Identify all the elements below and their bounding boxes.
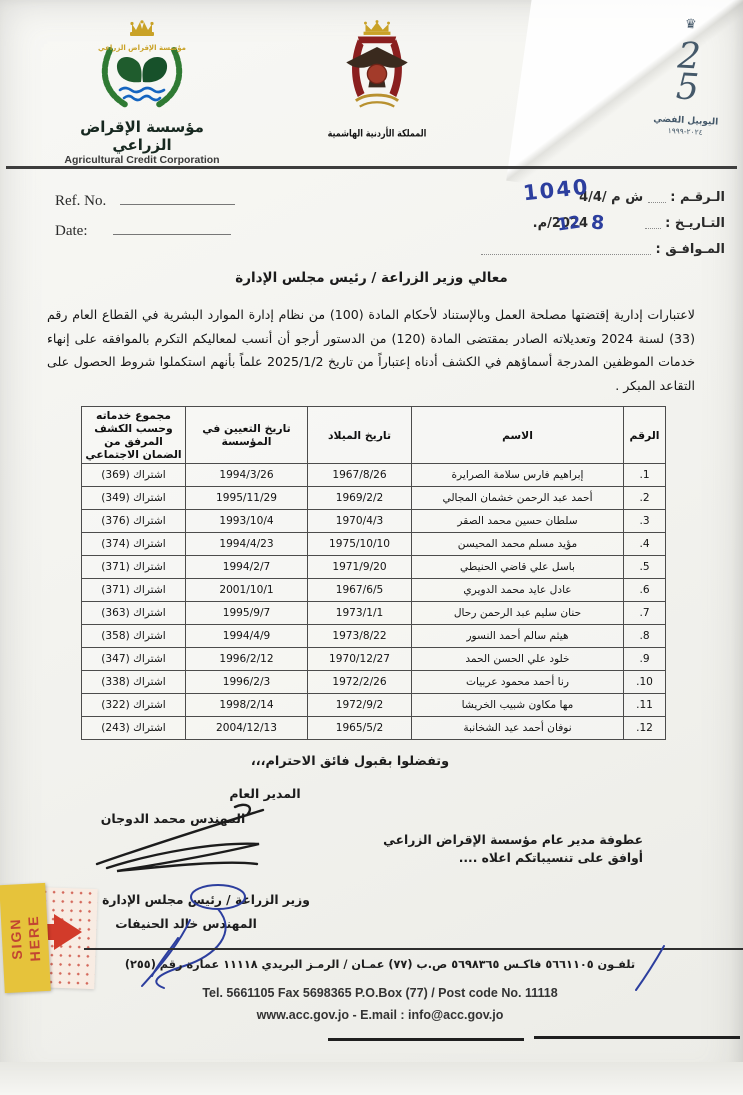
cell-name: سلطان حسين محمد الصقر bbox=[412, 510, 624, 533]
col-header-number: الرقم bbox=[624, 407, 666, 464]
jubilee-number: 25 bbox=[673, 29, 704, 104]
number-label-ar: الـرقـم : bbox=[670, 190, 725, 205]
cell-name: نوفان أحمد عيد الشخانبة bbox=[412, 717, 624, 740]
cell-no: 8. bbox=[624, 625, 666, 648]
cell-service: (369) اشتراك bbox=[82, 464, 186, 487]
table-row: 1.إبراهيم فارس سلامة الصرايرة1967/8/2619… bbox=[82, 464, 666, 487]
cell-service: (243) اشتراك bbox=[82, 717, 186, 740]
date-row: Date: bbox=[55, 222, 235, 240]
table-row: 8.هيثم سالم أحمد النسور1973/8/221994/4/9… bbox=[82, 625, 666, 648]
header-row: الرقم الاسم تاريخ الميلاد تاريخ التعيين … bbox=[82, 407, 666, 464]
table-row: 5.باسل علي قاضي الحنيطي1971/9/201994/2/7… bbox=[82, 556, 666, 579]
cell-no: 5. bbox=[624, 556, 666, 579]
date-row-ar: التـاريـخ : 8 12 2024/م. bbox=[395, 216, 725, 242]
approval-line-2: أوافق على تنسيباتكم اعلاه .... bbox=[383, 849, 643, 867]
cell-no: 7. bbox=[624, 602, 666, 625]
cell-name: إبراهيم فارس سلامة الصرايرة bbox=[412, 464, 624, 487]
cell-appointment: 1998/2/14 bbox=[186, 694, 308, 717]
table-row: 2.أحمد عبد الرحمن خشمان المجالي1969/2/21… bbox=[82, 487, 666, 510]
cell-name: حنان سليم عبد الرحمن رحال bbox=[412, 602, 624, 625]
acc-name-arabic: مؤسسة الإقراض الزراعي bbox=[52, 118, 232, 154]
date-leader bbox=[645, 218, 661, 229]
ref-block-english: Ref. No. Date: bbox=[55, 192, 235, 252]
cell-birth: 1972/2/26 bbox=[308, 671, 412, 694]
corresponding-label: المـوافـق : bbox=[655, 242, 725, 257]
cell-service: (376) اشتراك bbox=[82, 510, 186, 533]
cell-no: 10. bbox=[624, 671, 666, 694]
salutation: معالي وزير الزراعة / رئيس مجلس الإدارة bbox=[0, 270, 743, 286]
cell-appointment: 1995/9/7 bbox=[186, 602, 308, 625]
cell-service: (371) اشتراك bbox=[82, 579, 186, 602]
cell-no: 1. bbox=[624, 464, 666, 487]
ref-no-label: Ref. No. bbox=[55, 193, 106, 209]
gm-signature-icon bbox=[85, 800, 275, 882]
table-row: 12.نوفان أحمد عيد الشخانبة1965/5/22004/1… bbox=[82, 717, 666, 740]
cell-no: 11. bbox=[624, 694, 666, 717]
table-row: 3.سلطان حسين محمد الصقر1970/4/31993/10/4… bbox=[82, 510, 666, 533]
corresponding-leader bbox=[481, 244, 651, 255]
cell-name: خلود علي الحسن الحمد bbox=[412, 648, 624, 671]
cell-service: (338) اشتراك bbox=[82, 671, 186, 694]
cell-name: هيثم سالم أحمد النسور bbox=[412, 625, 624, 648]
footer-web-email: www.acc.gov.jo - E.mail : info@acc.gov.j… bbox=[60, 1008, 700, 1022]
cell-no: 3. bbox=[624, 510, 666, 533]
cell-service: (349) اشتراك bbox=[82, 487, 186, 510]
employees-table: الرقم الاسم تاريخ الميلاد تاريخ التعيين … bbox=[81, 406, 666, 740]
gm-title: المدير العام bbox=[210, 786, 320, 801]
cell-birth: 1973/8/22 bbox=[308, 625, 412, 648]
cell-appointment: 2004/12/13 bbox=[186, 717, 308, 740]
cell-name: أحمد عبد الرحمن خشمان المجالي bbox=[412, 487, 624, 510]
cell-appointment: 1994/4/9 bbox=[186, 625, 308, 648]
cell-name: باسل علي قاضي الحنيطي bbox=[412, 556, 624, 579]
cell-appointment: 1996/2/12 bbox=[186, 648, 308, 671]
date-day-handwritten: 8 bbox=[590, 212, 605, 235]
cell-name: رنا أحمد محمود عربيات bbox=[412, 671, 624, 694]
closing-line: وتفضلوا بقبول فائق الاحترام،،، bbox=[0, 754, 700, 769]
table-row: 4.مؤيد مسلم محمد المحيسن1975/10/101994/4… bbox=[82, 533, 666, 556]
cell-name: مؤيد مسلم محمد المحيسن bbox=[412, 533, 624, 556]
jordan-coat-of-arms: المملكة الأردنية الهاشمية bbox=[322, 20, 432, 138]
approval-line-1: عطوفة مدير عام مؤسسة الإقراض الزراعي bbox=[383, 831, 643, 849]
scanned-letter-page: مؤسسة الإقراض الزراعي مؤسسة الإقراض الزر… bbox=[0, 0, 743, 1095]
cell-appointment: 2001/10/1 bbox=[186, 579, 308, 602]
cell-birth: 1967/8/26 bbox=[308, 464, 412, 487]
cell-appointment: 1995/11/29 bbox=[186, 487, 308, 510]
date-era-printed: م. bbox=[533, 216, 547, 231]
table-row: 6.عادل عايد محمد الدويري1967/6/52001/10/… bbox=[82, 579, 666, 602]
cell-service: (374) اشتراك bbox=[82, 533, 186, 556]
number-row: الـرقـم : ش م /4/4 1040 bbox=[395, 190, 725, 216]
cell-name: عادل عايد محمد الدويري bbox=[412, 579, 624, 602]
ref-block-arabic: الـرقـم : ش م /4/4 1040 التـاريـخ : 8 12… bbox=[395, 190, 725, 268]
header-divider bbox=[6, 166, 737, 169]
ref-no-blank-line bbox=[120, 192, 235, 205]
col-header-appointment-date: تاريخ التعيين في المؤسسة bbox=[186, 407, 308, 464]
cell-appointment: 1996/2/3 bbox=[186, 671, 308, 694]
table-row: 11.مها مكاون شبيب الخريشا1972/9/21998/2/… bbox=[82, 694, 666, 717]
cell-birth: 1965/5/2 bbox=[308, 717, 412, 740]
scan-edge-band bbox=[0, 1062, 743, 1095]
table-row: 9.خلود علي الحسن الحمد1970/12/271996/2/1… bbox=[82, 648, 666, 671]
footer-contact-arabic: تلفـون ٥٦٦١١٠٥ فاكـس ٥٦٩٨٣٦٥ ص.ب (٧٧) عم… bbox=[60, 958, 700, 971]
cell-service: (322) اشتراك bbox=[82, 694, 186, 717]
employee-table-head: الرقم الاسم تاريخ الميلاد تاريخ التعيين … bbox=[82, 407, 666, 464]
cell-birth: 1975/10/10 bbox=[308, 533, 412, 556]
table-row: 10.رنا أحمد محمود عربيات1972/2/261996/2/… bbox=[82, 671, 666, 694]
cell-birth: 1972/9/2 bbox=[308, 694, 412, 717]
coat-of-arms-icon bbox=[329, 20, 425, 124]
acc-emblem-icon: مؤسسة الإقراض الزراعي bbox=[82, 20, 202, 112]
cell-appointment: 1993/10/4 bbox=[186, 510, 308, 533]
letter-body: لاعتبارات إدارية إقتضتها مصلحة العمل وبا… bbox=[47, 303, 695, 397]
cell-no: 2. bbox=[624, 487, 666, 510]
acc-name-english: Agricultural Credit Corporation bbox=[52, 154, 232, 166]
table-row: 7.حنان سليم عبد الرحمن رحال1973/1/11995/… bbox=[82, 602, 666, 625]
date-blank-line bbox=[113, 222, 231, 235]
cell-birth: 1971/9/20 bbox=[308, 556, 412, 579]
cell-no: 9. bbox=[624, 648, 666, 671]
cell-birth: 1969/2/2 bbox=[308, 487, 412, 510]
col-header-birth-date: تاريخ الميلاد bbox=[308, 407, 412, 464]
cell-birth: 1967/6/5 bbox=[308, 579, 412, 602]
cell-no: 4. bbox=[624, 533, 666, 556]
corresponding-row: المـوافـق : bbox=[395, 242, 725, 268]
cell-no: 12. bbox=[624, 717, 666, 740]
sticker-text-here: HERE bbox=[25, 914, 43, 962]
sticker-text-sign: SIGN bbox=[7, 917, 25, 960]
cell-birth: 1970/4/3 bbox=[308, 510, 412, 533]
date-month-handwritten: 12 bbox=[556, 212, 582, 235]
number-leader bbox=[648, 192, 666, 203]
cell-birth: 1973/1/1 bbox=[308, 602, 412, 625]
cell-no: 6. bbox=[624, 579, 666, 602]
cell-appointment: 1994/4/23 bbox=[186, 533, 308, 556]
acc-logo: مؤسسة الإقراض الزراعي مؤسسة الإقراض الزر… bbox=[52, 20, 232, 166]
cell-appointment: 1994/3/26 bbox=[186, 464, 308, 487]
cell-service: (347) اشتراك bbox=[82, 648, 186, 671]
col-header-service-total: مجموع خدماته وحسب الكشف المرفق من الضمان… bbox=[82, 407, 186, 464]
col-header-name: الاسم bbox=[412, 407, 624, 464]
cell-service: (363) اشتراك bbox=[82, 602, 186, 625]
bottom-rule-left bbox=[328, 1038, 524, 1041]
ref-no-row: Ref. No. bbox=[55, 192, 235, 210]
employee-table-body: 1.إبراهيم فارس سلامة الصرايرة1967/8/2619… bbox=[82, 464, 666, 740]
sticker-tab: SIGN HERE bbox=[0, 883, 51, 993]
jubilee-logo: ♛ 25 اليوبيل الفضي ٢٠٢٤-١٩٩٩ bbox=[645, 18, 731, 138]
cell-service: (358) اشتراك bbox=[82, 625, 186, 648]
cell-birth: 1970/12/27 bbox=[308, 648, 412, 671]
sign-here-arrowhead-icon bbox=[54, 914, 82, 950]
cell-appointment: 1994/2/7 bbox=[186, 556, 308, 579]
coat-of-arms-caption: المملكة الأردنية الهاشمية bbox=[322, 128, 432, 139]
date-label-ar: التـاريـخ : bbox=[665, 216, 725, 231]
approval-note: عطوفة مدير عام مؤسسة الإقراض الزراعي أوا… bbox=[383, 831, 643, 867]
cell-service: (371) اشتراك bbox=[82, 556, 186, 579]
cell-name: مها مكاون شبيب الخريشا bbox=[412, 694, 624, 717]
date-label: Date: bbox=[55, 223, 87, 239]
footer-pen-mark-icon bbox=[630, 944, 672, 992]
svg-text:مؤسسة الإقراض الزراعي: مؤسسة الإقراض الزراعي bbox=[98, 44, 186, 52]
bottom-rule-right bbox=[534, 1036, 740, 1039]
footer-contact-english: Tel. 5661105 Fax 5698365 P.O.Box (77) / … bbox=[60, 986, 700, 1000]
